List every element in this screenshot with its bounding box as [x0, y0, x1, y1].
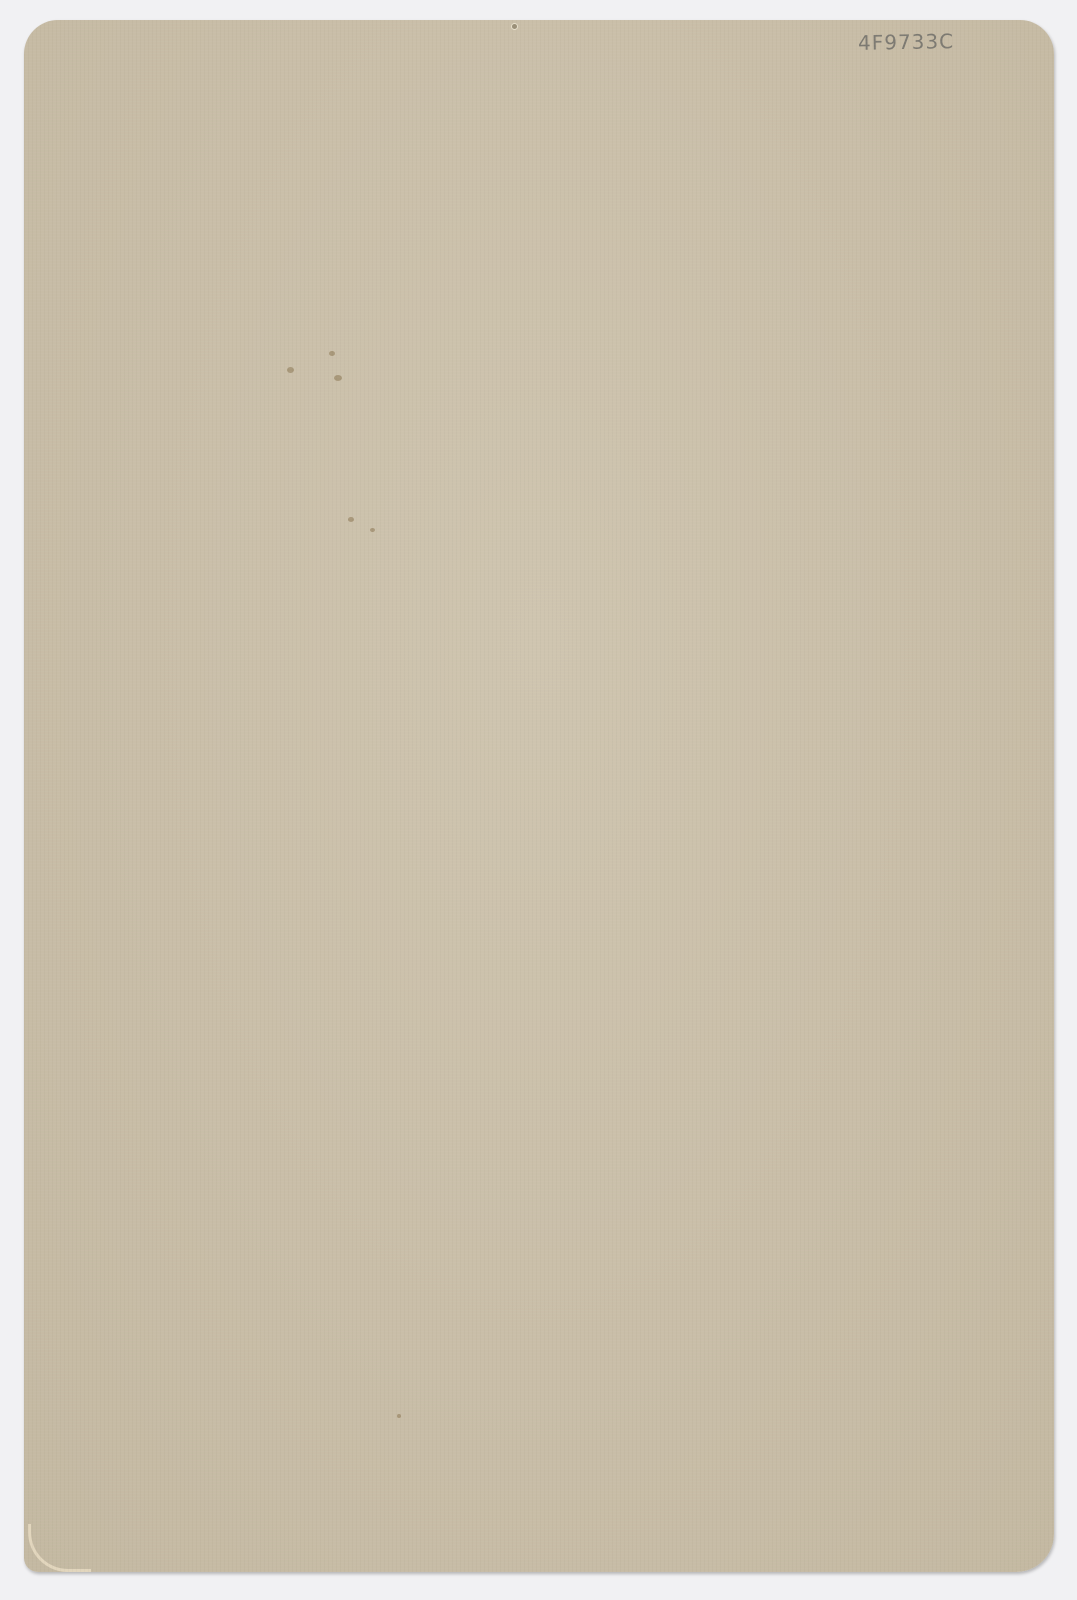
foxing-spot: [348, 517, 354, 522]
foxing-spot: [287, 367, 294, 373]
foxing-spot: [329, 351, 335, 356]
foxing-spot: [370, 528, 375, 532]
handwritten-catalog-number: 4F9733C: [858, 29, 954, 55]
pinhole-mark: [512, 24, 517, 29]
worn-corner: [28, 1524, 91, 1572]
foxing-spot: [334, 375, 342, 381]
card-back: 4F9733C: [24, 20, 1054, 1572]
foxing-spot: [397, 1414, 401, 1418]
